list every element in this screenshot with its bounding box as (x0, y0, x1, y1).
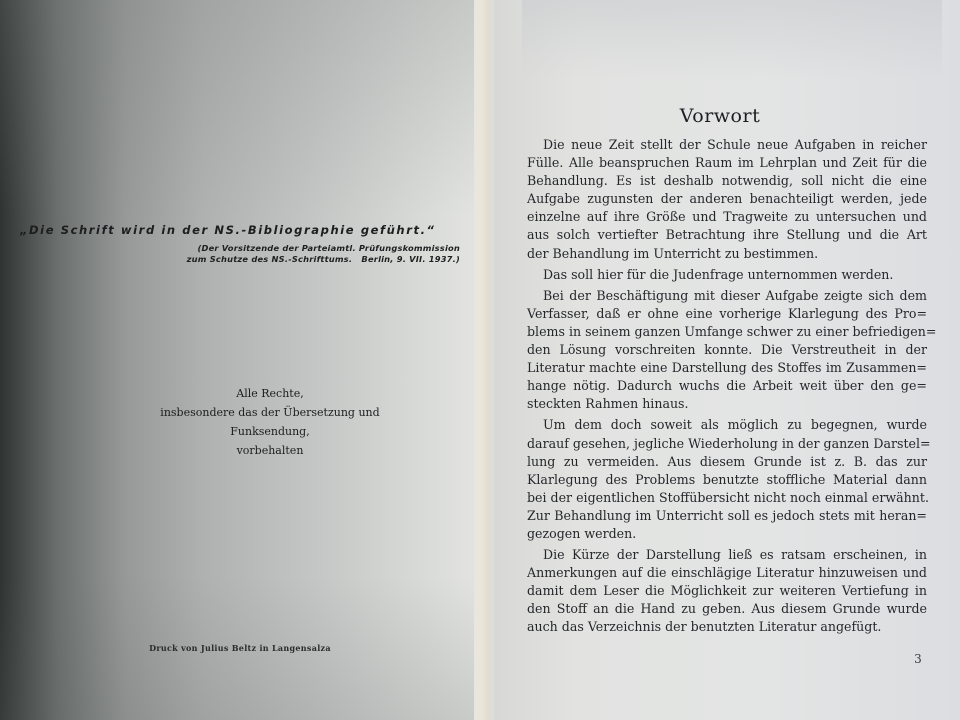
text-line: Das soll hier für die Judenfrage unterno… (527, 266, 927, 284)
page-title: Vorwort (640, 105, 800, 127)
text-line: gezogen werden. (527, 525, 927, 543)
text-line: Anmerkungen auf die einschlägige Literat… (527, 564, 927, 582)
rights-notice: Alle Rechte, insbesondere das der Überse… (120, 384, 420, 460)
foreword-body: Die neue Zeit stellt der Schule neue Auf… (527, 136, 927, 637)
text-line: Um dem doch soweit als möglich zu begegn… (527, 416, 927, 434)
paragraph: Um dem doch soweit als möglich zu begegn… (527, 416, 927, 543)
book-gutter (474, 0, 494, 720)
text-line: blems in seinem ganzen Umfange schwer zu… (527, 323, 927, 341)
text-line: aus solch vertiefter Betrachtung ihre St… (527, 226, 927, 244)
page-number: 3 (908, 652, 928, 666)
rights-line: insbesondere das der Übersetzung und Fun… (120, 403, 420, 441)
attribution-line: (Der Vorsitzende der Parteiamtl. Prüfung… (100, 243, 460, 254)
paragraph: Die Kürze der Darstellung ließ es ratsam… (527, 546, 927, 636)
text-line: Aufgabe zugunsten der anderen benachteil… (527, 190, 927, 208)
text-line: den Stoff an die Hand zu geben. Aus dies… (527, 600, 927, 618)
attribution-line: zum Schutze des NS.-Schrifttums. Berlin,… (100, 254, 460, 265)
paragraph: Bei der Beschäftigung mit dieser Aufgabe… (527, 287, 927, 414)
text-line: darauf gesehen, jegliche Wiederholung in… (527, 435, 927, 453)
text-line: auch das Verzeichnis der benutzten Liter… (527, 618, 927, 636)
text-line: Bei der Beschäftigung mit dieser Aufgabe… (527, 287, 927, 305)
text-line: den Lösung vorschreiten konnte. Die Vers… (527, 341, 927, 359)
attribution: (Der Vorsitzende der Parteiamtl. Prüfung… (100, 243, 460, 265)
left-page (0, 0, 482, 720)
text-line: lung zu vermeiden. Aus diesem Grunde ist… (527, 453, 927, 471)
text-line: Literatur machte eine Darstellung des St… (527, 359, 927, 377)
text-line: damit dem Leser die Möglichkeit zur weit… (527, 582, 927, 600)
paragraph: Das soll hier für die Judenfrage unterno… (527, 266, 927, 284)
text-line: Die Kürze der Darstellung ließ es ratsam… (527, 546, 927, 564)
text-line: Klarlegung des Problems benutzte stoffli… (527, 471, 927, 489)
text-line: Zur Behandlung im Unterricht soll es jed… (527, 507, 927, 525)
text-line: Verfasser, daß er ohne eine vorherige Kl… (527, 305, 927, 323)
paragraph: Die neue Zeit stellt der Schule neue Auf… (527, 136, 927, 263)
text-line: der Behandlung im Unterricht zu bestimme… (527, 245, 927, 263)
text-line: Fülle. Alle beanspruchen Raum im Lehrpla… (527, 154, 927, 172)
text-line: hange nötig. Dadurch wuchs die Arbeit we… (527, 377, 927, 395)
bibliography-note: „Die Schrift wird in der NS.-Bibliograph… (20, 223, 480, 237)
rights-line: Alle Rechte, (120, 384, 420, 403)
text-line: steckten Rahmen hinaus. (527, 395, 927, 413)
text-line: einzelne auf ihre Größe und Tragweite zu… (527, 208, 927, 226)
text-line: Behandlung. Es ist deshalb notwendig, so… (527, 172, 927, 190)
printer-imprint: Druck von Julius Beltz in Langensalza (120, 643, 360, 653)
rights-line: vorbehalten (120, 441, 420, 460)
text-line: bei der eigentlichen Stoffübersicht nich… (527, 489, 927, 507)
text-line: Die neue Zeit stellt der Schule neue Auf… (527, 136, 927, 154)
